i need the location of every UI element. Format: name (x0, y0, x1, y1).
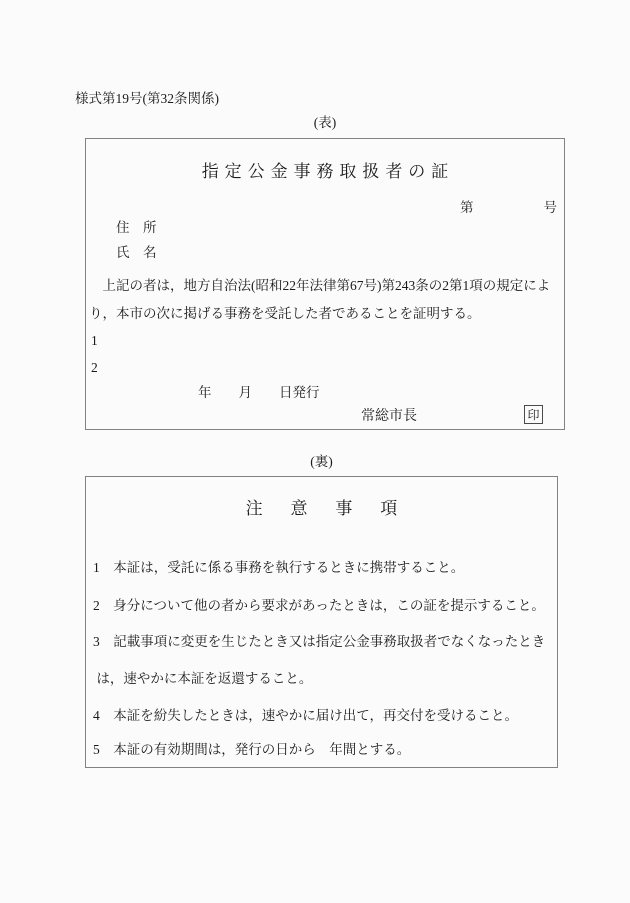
name-label: 氏 名 (116, 240, 157, 265)
note-item: 4 本証を紛失したときは，速やかに届け出て，再交付を受けること。 (93, 697, 552, 734)
back-side-label: (裏) (85, 453, 558, 471)
certificate-number-suffix: 号 (544, 194, 558, 221)
note-item: 2 身分について他の者から要求があったときは，この証を提示すること。 (93, 587, 552, 624)
seal-stamp-box: 印 (524, 405, 543, 424)
certificate-number-line: 第 号 (460, 194, 557, 221)
entrusted-task-number-1: 1 (91, 327, 98, 354)
certificate-number-prefix: 第 (460, 194, 474, 221)
seal-mark: 印 (527, 409, 539, 421)
note-item: 3 記載事項に変更を生じたとき又は指定公金事務取扱者でなくなったとき は，速やか… (93, 623, 552, 697)
certificate-back-card: 注 意 事 項 1 本証は，受託に係る事務を執行するときに携帯すること。 2 身… (85, 476, 558, 768)
certificate-title: 指定公金事務取扱者の証 (86, 159, 564, 185)
document-page: 様式第19号(第32条関係) (表) 指定公金事務取扱者の証 第 号 住 所 氏… (0, 0, 630, 903)
notes-title: 注 意 事 項 (86, 495, 557, 523)
note-item: 1 本証は，受託に係る事務を執行するときに携帯すること。 (93, 549, 552, 586)
front-side-label: (表) (85, 114, 565, 132)
issue-date-line: 年 月 日発行 (198, 379, 320, 406)
entrusted-task-number-2: 2 (91, 354, 98, 381)
certificate-front-card: 指定公金事務取扱者の証 第 号 住 所 氏 名 上記の者は，地方自治法(昭和22… (85, 138, 565, 430)
address-label: 住 所 (116, 215, 157, 240)
issuer-name: 常総市長 (361, 403, 417, 430)
note-item: 5 本証の有効期間は，発行の日から 年間とする。 (93, 731, 552, 768)
certificate-body-text: 上記の者は，地方自治法(昭和22年法律第67号)第243条の2第1項の規定によ … (89, 272, 561, 328)
form-number: 様式第19号(第32条関係) (75, 90, 219, 108)
